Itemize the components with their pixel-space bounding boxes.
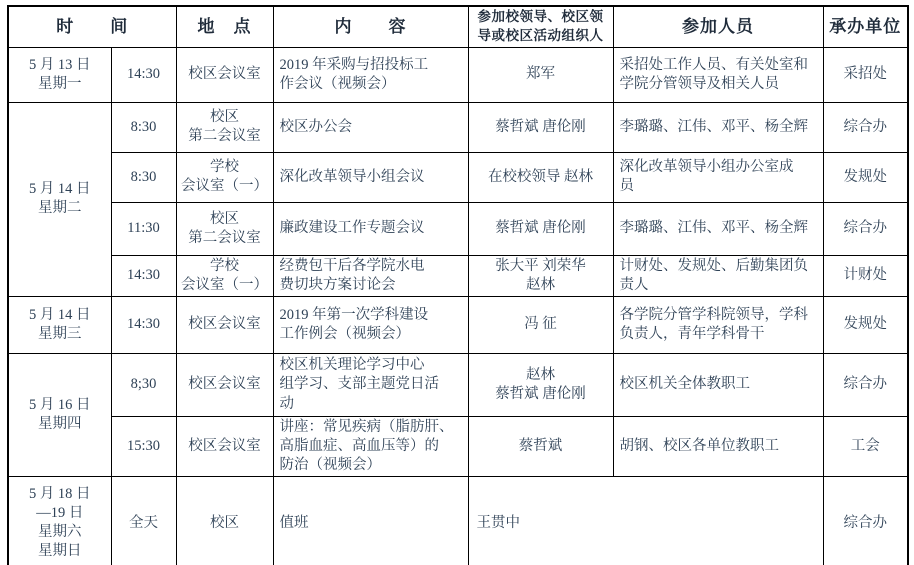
content-cell: 讲座：常见疾病（脂肪肝、 高脂血症、高血压等）的 防治（视频会） bbox=[273, 417, 468, 477]
participants-cell: 深化改革领导小组办公室成 员 bbox=[613, 152, 823, 202]
unit-cell: 综合办 bbox=[823, 354, 908, 417]
header-row: 时 间 地 点 内 容 参加校领导、校区领 导或校区活动组织人 参加人员 承办单… bbox=[8, 6, 908, 47]
table-row: 5 月 16 日 星期四 8;30 校区会议室 校区机关理论学习中心 组学习、支… bbox=[8, 354, 908, 417]
leaders-cell: 赵林 蔡哲斌 唐伦刚 bbox=[468, 354, 613, 417]
header-unit: 承办单位 bbox=[823, 6, 908, 47]
leaders-cell: 蔡哲斌 唐伦刚 bbox=[468, 102, 613, 152]
content-cell: 校区机关理论学习中心 组学习、支部主题党日活 动 bbox=[273, 354, 468, 417]
participants-cell: 各学院分管学科院领导，学科 负责人，青年学科骨干 bbox=[613, 297, 823, 354]
leaders-cell: 在校校领导 赵林 bbox=[468, 152, 613, 202]
content-cell: 经费包干后各学院水电 费切块方案讨论会 bbox=[273, 255, 468, 296]
location-cell: 校区会议室 bbox=[176, 297, 273, 354]
location-cell: 校区 第二会议室 bbox=[176, 102, 273, 152]
table-row: 14:30 学校 会议室（一） 经费包干后各学院水电 费切块方案讨论会 张大平 … bbox=[8, 255, 908, 296]
date-cell: 5 月 14 日 星期二 bbox=[8, 102, 111, 296]
header-location: 地 点 bbox=[176, 6, 273, 47]
unit-cell: 计财处 bbox=[823, 255, 908, 296]
content-cell: 校区办公会 bbox=[273, 102, 468, 152]
location-cell: 校区 bbox=[176, 477, 273, 565]
content-cell: 廉政建设工作专题会议 bbox=[273, 202, 468, 255]
header-leaders: 参加校领导、校区领 导或校区活动组织人 bbox=[468, 6, 613, 47]
leaders-cell: 蔡哲斌 唐伦刚 bbox=[468, 202, 613, 255]
participants-cell: 计财处、发规处、后勤集团负 责人 bbox=[613, 255, 823, 296]
content-cell: 深化改革领导小组会议 bbox=[273, 152, 468, 202]
location-cell: 校区会议室 bbox=[176, 354, 273, 417]
time-cell: 8:30 bbox=[111, 102, 176, 152]
leaders-cell: 蔡哲斌 bbox=[468, 417, 613, 477]
date-cell: 5 月 16 日 星期四 bbox=[8, 354, 111, 477]
unit-cell: 发规处 bbox=[823, 152, 908, 202]
header-time: 时 间 bbox=[8, 6, 176, 47]
unit-cell: 工会 bbox=[823, 417, 908, 477]
time-cell: 14:30 bbox=[111, 47, 176, 102]
header-content: 内 容 bbox=[273, 6, 468, 47]
content-cell: 2019 年第一次学科建设 工作例会（视频会） bbox=[273, 297, 468, 354]
table-row: 8:30 学校 会议室（一） 深化改革领导小组会议 在校校领导 赵林 深化改革领… bbox=[8, 152, 908, 202]
date-cell: 5 月 14 日 星期三 bbox=[8, 297, 111, 354]
unit-cell: 采招处 bbox=[823, 47, 908, 102]
unit-cell: 发规处 bbox=[823, 297, 908, 354]
unit-cell: 综合办 bbox=[823, 477, 908, 565]
unit-cell: 综合办 bbox=[823, 202, 908, 255]
participants-cell: 校区机关全体教职工 bbox=[613, 354, 823, 417]
table-row: 5 月 18 日 —19 日 星期六 星期日 全天 校区 值班 王贯中 综合办 bbox=[8, 477, 908, 565]
location-cell: 校区会议室 bbox=[176, 47, 273, 102]
participants-cell: 李璐璐、江伟、邓平、杨全辉 bbox=[613, 102, 823, 152]
time-cell: 8;30 bbox=[111, 354, 176, 417]
location-cell: 校区会议室 bbox=[176, 417, 273, 477]
unit-cell: 综合办 bbox=[823, 102, 908, 152]
time-cell: 8:30 bbox=[111, 152, 176, 202]
leaders-cell: 张大平 刘荣华 赵林 bbox=[468, 255, 613, 296]
location-cell: 学校 会议室（一） bbox=[176, 255, 273, 296]
table-row: 5 月 13 日 星期一 14:30 校区会议室 2019 年采购与招投标工 作… bbox=[8, 47, 908, 102]
location-cell: 学校 会议室（一） bbox=[176, 152, 273, 202]
table-row: 11:30 校区 第二会议室 廉政建设工作专题会议 蔡哲斌 唐伦刚 李璐璐、江伟… bbox=[8, 202, 908, 255]
participants-cell: 胡钢、校区各单位教职工 bbox=[613, 417, 823, 477]
participants-cell: 采招处工作人员、有关处室和 学院分管领导及相关人员 bbox=[613, 47, 823, 102]
time-cell: 15:30 bbox=[111, 417, 176, 477]
content-cell: 值班 bbox=[273, 477, 468, 565]
leaders-cell: 冯 征 bbox=[468, 297, 613, 354]
date-cell: 5 月 18 日 —19 日 星期六 星期日 bbox=[8, 477, 111, 565]
table-row: 5 月 14 日 星期二 8:30 校区 第二会议室 校区办公会 蔡哲斌 唐伦刚… bbox=[8, 102, 908, 152]
time-cell: 11:30 bbox=[111, 202, 176, 255]
table-row: 5 月 14 日 星期三 14:30 校区会议室 2019 年第一次学科建设 工… bbox=[8, 297, 908, 354]
content-cell: 2019 年采购与招投标工 作会议（视频会） bbox=[273, 47, 468, 102]
participants-cell: 李璐璐、江伟、邓平、杨全辉 bbox=[613, 202, 823, 255]
time-cell: 全天 bbox=[111, 477, 176, 565]
table-row: 15:30 校区会议室 讲座：常见疾病（脂肪肝、 高脂血症、高血压等）的 防治（… bbox=[8, 417, 908, 477]
time-cell: 14:30 bbox=[111, 255, 176, 296]
date-cell: 5 月 13 日 星期一 bbox=[8, 47, 111, 102]
leaders-participants-cell: 王贯中 bbox=[468, 477, 823, 565]
time-cell: 14:30 bbox=[111, 297, 176, 354]
header-participants: 参加人员 bbox=[613, 6, 823, 47]
meeting-schedule-table: 时 间 地 点 内 容 参加校领导、校区领 导或校区活动组织人 参加人员 承办单… bbox=[7, 5, 909, 565]
location-cell: 校区 第二会议室 bbox=[176, 202, 273, 255]
leaders-cell: 郑军 bbox=[468, 47, 613, 102]
